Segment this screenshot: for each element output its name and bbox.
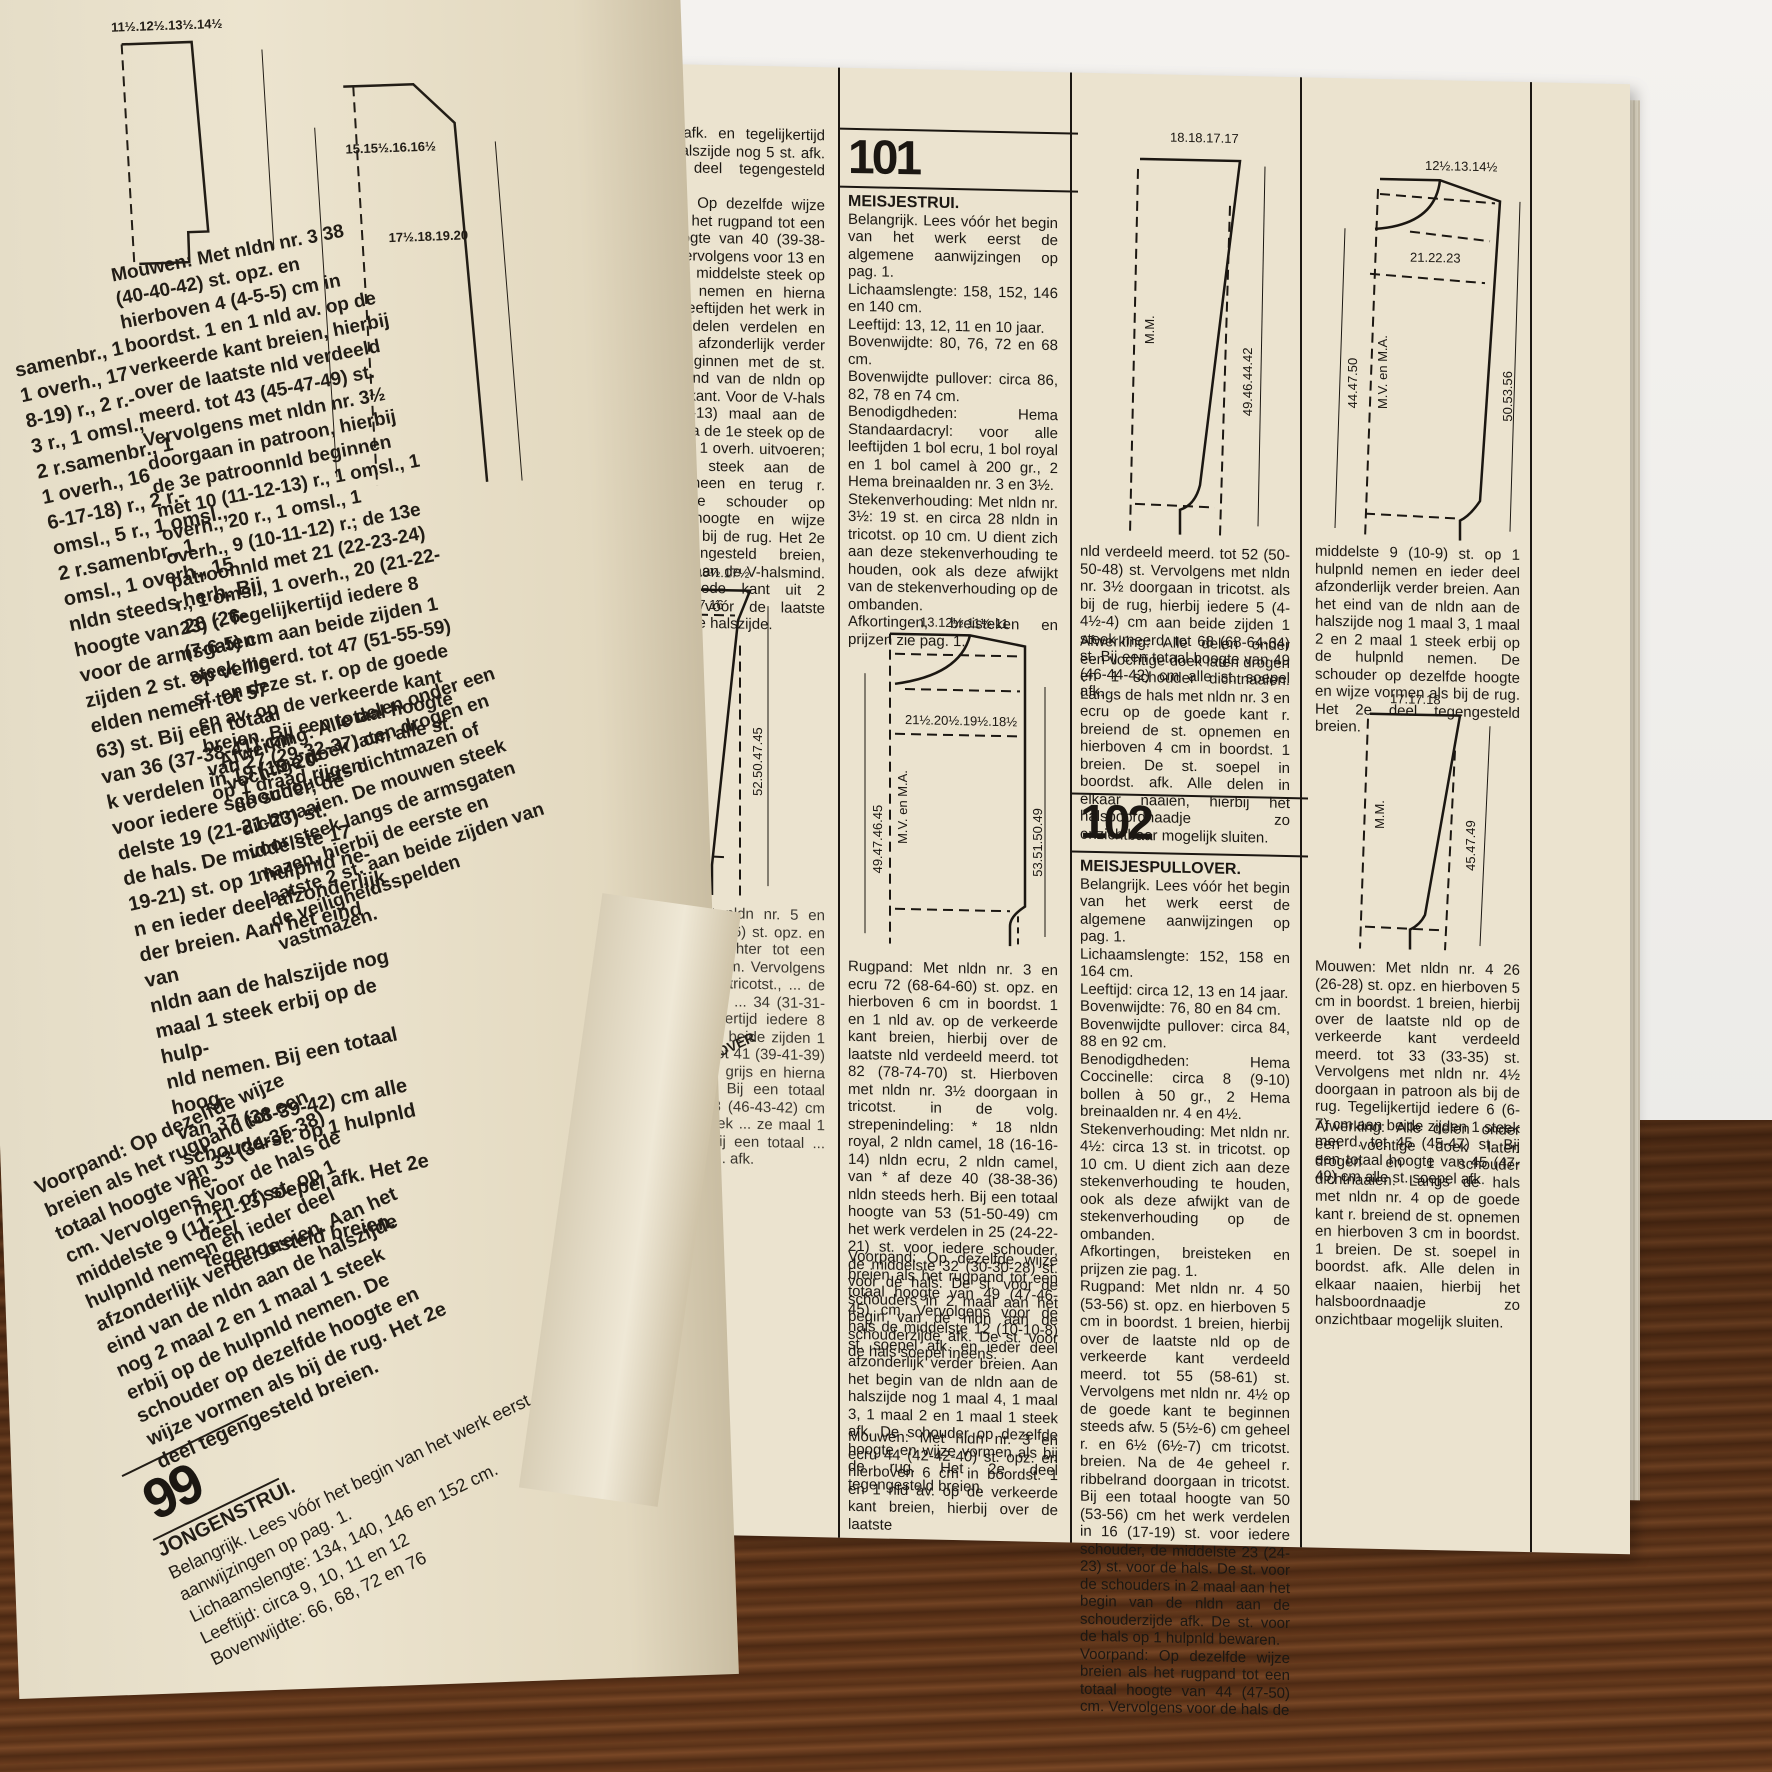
column-rule xyxy=(838,68,840,1538)
pattern-102-info: MEISJESPULLOVER. Belangrijk. Lees vóór h… xyxy=(1080,858,1290,1720)
body-left-height: 49.47.46.45 xyxy=(870,805,885,874)
column-rule xyxy=(1530,82,1532,1552)
pattern-101-bovenwijdte: Bovenwijdte: 80, 76, 72 en 68 cm. xyxy=(848,333,1058,372)
sleeve-102-top-dimension: 17.17.18 xyxy=(1390,691,1441,707)
pattern-101-belangrijk: Belangrijk. Lees vóór het begin van het … xyxy=(848,210,1058,284)
pattern-102-bovenwijdte-pullover: Bovenwijdte pullover: circa 84, 88 en 92… xyxy=(1080,1015,1290,1054)
body-102-left-height: 44.47.50 xyxy=(1345,358,1360,409)
pattern-101-mouwen: Mouwen: Met nldn nr. 3 en ecru 44 (42-42… xyxy=(848,1428,1058,1537)
sleeve-102-side-label: M.M. xyxy=(1372,800,1387,829)
right-page: derzijde afk. en tegelijkertijd aan de h… xyxy=(570,62,1630,1554)
body-width-dimension: 21½.20½.19½.18½ xyxy=(905,712,1017,729)
pattern-102-lichaamslengte: Lichaamslengte: 152, 158 en 164 cm. xyxy=(1080,945,1290,984)
pattern-101-bovenwijdte-pullover: Bovenwijdte pullover: circa 86, 82, 78 e… xyxy=(848,368,1058,407)
sleeve-height-dimension: 52.50.47.45 xyxy=(750,727,765,796)
pattern-101-benodigdheden: Benodigdheden: Hema Standaardacryl: voor… xyxy=(848,403,1058,495)
body-102-right-height: 50.53.56 xyxy=(1500,371,1515,422)
body-diagram-101: 13.12½.11½.11 21½.20½.19½.18½ M.V. en M.… xyxy=(850,613,1065,948)
pattern-102-belangrijk: Belangrijk. Lees vóór het begin van het … xyxy=(1080,875,1290,949)
sleeve-102-height: 45.47.49 xyxy=(1463,820,1478,871)
body-neck-dimension: 13.12½.11½.11 xyxy=(920,614,1008,631)
pattern-102-afkortingen: Afkortingen, breisteken en prijzen zie p… xyxy=(1080,1243,1290,1282)
body-right-height: 53.51.50.49 xyxy=(1030,808,1045,877)
body-side-label: M.V. en M.A. xyxy=(895,770,910,844)
pattern-101-lichaamslengte: Lichaamslengte: 158, 152, 146 en 140 cm. xyxy=(848,280,1058,319)
pattern-number-102: 102 xyxy=(1072,793,1308,858)
pattern-101-stekenverhouding: Stekenverhouding: Met nldn nr. 3½: 19 st… xyxy=(848,490,1058,617)
body-102-width-dimension: 21.22.23 xyxy=(1410,250,1461,266)
pattern-101-info: MEISJESTRUI. Belangrijk. Lees vóór het b… xyxy=(848,193,1058,652)
pattern-102-stekenverhouding: Stekenverhouding: Met nldn nr. 4½: circa… xyxy=(1080,1120,1290,1247)
sleeve-101-top-dimension: 18.18.17.17 xyxy=(1170,130,1239,146)
sleeve-101-height: 49.46.44.42 xyxy=(1240,347,1255,416)
sleeve-diagram-101: 18.18.17.17 M.M. 49.46.44.42 xyxy=(1080,113,1295,538)
pattern-102-rugpand: Rugpand: Met nldn nr. 4 50 (53-56) st. o… xyxy=(1080,1278,1290,1650)
col4-afwerking: Afwerking: Alle delen onder een vochtige… xyxy=(1315,1118,1520,1332)
body-diagram-102: 12½.13.14½ 21.22.23 M.V. en M.A. 44.47.5… xyxy=(1310,118,1525,543)
sleeve-101-side-label: M.M. xyxy=(1142,315,1157,344)
pattern-number-101: 101 xyxy=(840,128,1078,193)
pattern-102-benodigdheden: Benodigdheden: Hema Coccinelle: circa 8 … xyxy=(1080,1050,1290,1124)
body-102-side-label: M.V. en M.A. xyxy=(1375,335,1390,409)
pattern-102-voorpand: Voorpand: Op dezelfde wijze breien als h… xyxy=(1080,1645,1290,1719)
sleeve-diagram-102: 17.17.18 M.M. 45.47.49 xyxy=(1330,688,1525,952)
body-102-neck-dimension: 12½.13.14½ xyxy=(1425,158,1497,175)
